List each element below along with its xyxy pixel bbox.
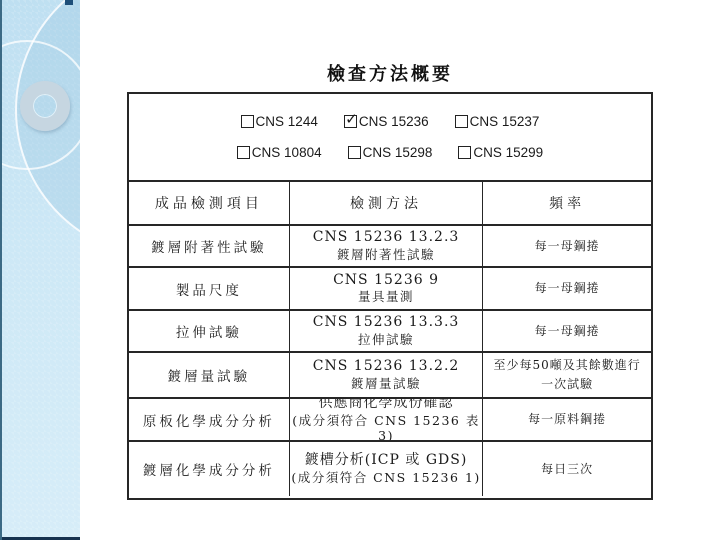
method-ref: CNS 15236 13.2.3: [313, 229, 460, 247]
checkbox-cns-15236[interactable]: ✓ CNS 15236: [344, 114, 429, 129]
checkbox-cns-15298[interactable]: CNS 15298: [348, 145, 433, 160]
checkmark-icon: ✓: [345, 112, 358, 127]
item-cell: 原板化學成分分析: [129, 397, 289, 440]
checkbox-icon: [455, 115, 468, 128]
method-cell: 供應商化學成份確認(成分須符合 CNS 15236 表3): [289, 397, 483, 440]
frequency-cell: 每日三次: [482, 440, 651, 496]
method-ref: CNS 15236 9: [333, 272, 439, 290]
method-cell: CNS 15236 13.3.3拉伸試驗: [289, 309, 483, 351]
item-cell: 鍍層量試驗: [129, 351, 289, 397]
frequency-label: 至少每50噸及其餘數進行一次試驗: [483, 356, 651, 393]
column-header-item: 成品檢測項目: [129, 182, 289, 224]
item-label: 鍍層附著性試驗: [151, 236, 267, 256]
frequency-label: 每一原料鋼捲: [520, 410, 614, 429]
method-cell: CNS 15236 13.2.3鍍層附著性試驗: [289, 224, 483, 266]
checkbox-cns-15299[interactable]: CNS 15299: [458, 145, 543, 160]
checkbox-label: CNS 10804: [252, 145, 322, 160]
frequency-label: 每日三次: [533, 460, 601, 479]
checkbox-label: CNS 15298: [363, 145, 433, 160]
frequency-cell: 每一母鋼捲: [482, 266, 651, 309]
checkbox-cns-1244[interactable]: CNS 1244: [241, 114, 318, 129]
corner-accent: [65, 0, 73, 5]
header-label: 成品檢測項目: [155, 193, 263, 213]
standards-checklist: CNS 1244 ✓ CNS 15236 CNS 15237 CNS 10804: [129, 94, 651, 182]
method-ref: 供應商化學成份確認: [319, 397, 454, 413]
frequency-cell: 至少每50噸及其餘數進行一次試驗: [482, 351, 651, 397]
item-cell: 製品尺度: [129, 266, 289, 309]
method-ref: CNS 15236 13.2.2: [313, 358, 460, 376]
inspection-table: CNS 1244 ✓ CNS 15236 CNS 15237 CNS 10804: [127, 92, 653, 500]
checkbox-label: CNS 15236: [359, 114, 429, 129]
checkbox-cns-10804[interactable]: CNS 10804: [237, 145, 322, 160]
frequency-cell: 每一母鋼捲: [482, 309, 651, 351]
sidebar-decoration: [0, 0, 80, 540]
frequency-label: 每一母鋼捲: [527, 279, 608, 298]
item-label: 拉伸試驗: [176, 321, 242, 341]
checkbox-cns-15237[interactable]: CNS 15237: [455, 114, 540, 129]
method-desc: (成分須符合 CNS 15236 1): [291, 470, 480, 486]
item-label: 原板化學成分分析: [143, 410, 275, 430]
checkbox-icon: [348, 146, 361, 159]
item-label: 鍍層化學成分分析: [143, 459, 275, 479]
checkbox-icon: ✓: [344, 115, 357, 128]
method-desc: 量具量測: [358, 289, 414, 305]
method-cell: CNS 15236 9量具量測: [289, 266, 483, 309]
method-ref: 鍍槽分析(ICP 或 GDS): [305, 452, 468, 470]
method-desc: 鍍層量試驗: [351, 376, 421, 392]
standards-row-2: CNS 10804 CNS 15298 CNS 15299: [237, 145, 543, 160]
method-desc: (成分須符合 CNS 15236 表3): [290, 413, 483, 440]
standards-row-1: CNS 1244 ✓ CNS 15236 CNS 15237: [241, 114, 540, 129]
method-cell: 鍍槽分析(ICP 或 GDS)(成分須符合 CNS 15236 1): [289, 440, 483, 496]
item-cell: 拉伸試驗: [129, 309, 289, 351]
item-cell: 鍍層附著性試驗: [129, 224, 289, 266]
item-label: 鍍層量試驗: [168, 365, 251, 385]
header-label: 檢測方法: [350, 193, 422, 213]
checkbox-label: CNS 15237: [470, 114, 540, 129]
checkbox-icon: [458, 146, 471, 159]
column-header-method: 檢測方法: [289, 182, 483, 224]
method-desc: 拉伸試驗: [358, 332, 414, 348]
method-cell: CNS 15236 13.2.2鍍層量試驗: [289, 351, 483, 397]
item-cell: 鍍層化學成分分析: [129, 440, 289, 496]
frequency-label: 每一母鋼捲: [527, 237, 608, 256]
method-desc: 鍍層附著性試驗: [337, 247, 435, 263]
page-title: 檢查方法概要: [127, 60, 653, 86]
checkbox-label: CNS 1244: [256, 114, 318, 129]
item-label: 製品尺度: [176, 279, 242, 299]
frequency-cell: 每一母鋼捲: [482, 224, 651, 266]
checkbox-icon: [237, 146, 250, 159]
frequency-cell: 每一原料鋼捲: [482, 397, 651, 440]
inspection-grid: 成品檢測項目 檢測方法 頻率 鍍層附著性試驗 CNS 15236 13.2.3鍍…: [129, 182, 651, 496]
method-ref: CNS 15236 13.3.3: [313, 314, 460, 332]
decorative-ring-icon: [20, 81, 70, 131]
header-label: 頻率: [549, 193, 585, 213]
slide: 檢查方法概要 CNS 1244 ✓ CNS 15236 CNS 15237: [0, 0, 720, 540]
checkbox-icon: [241, 115, 254, 128]
column-header-frequency: 頻率: [482, 182, 651, 224]
checkbox-label: CNS 15299: [473, 145, 543, 160]
frequency-label: 每一母鋼捲: [527, 322, 608, 341]
